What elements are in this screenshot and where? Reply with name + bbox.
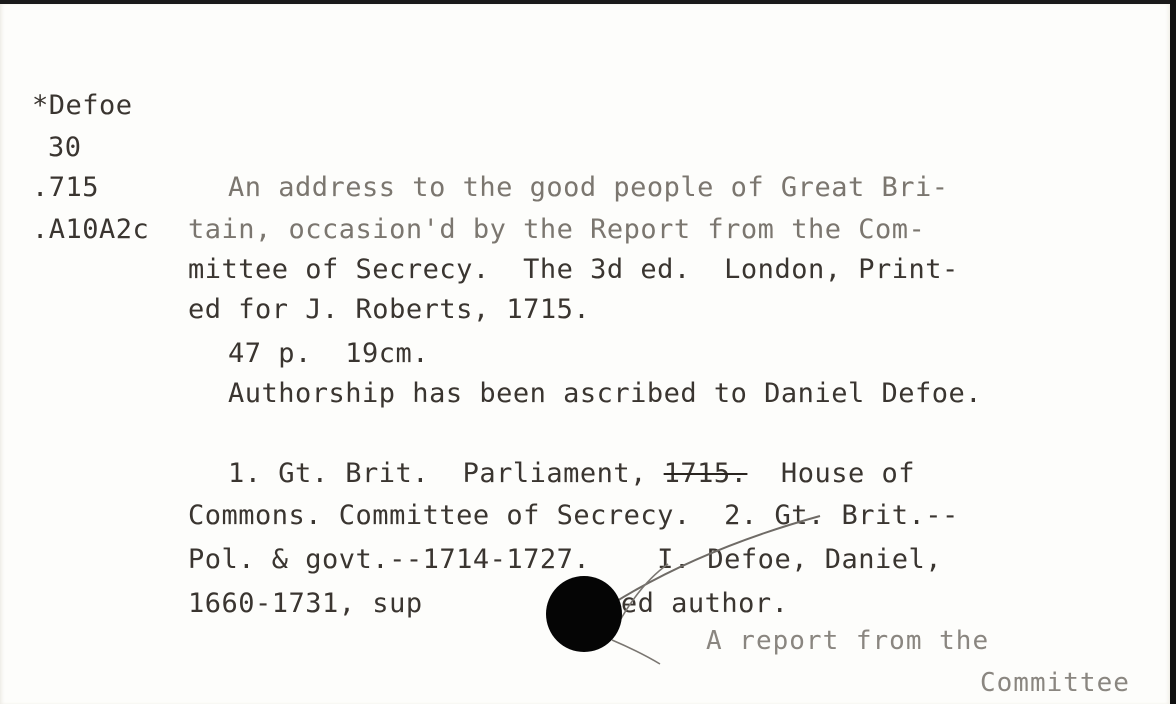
catalog-card: *Defoe 30 .715 .A10A2c An address to the…: [0, 4, 1170, 704]
call-number-line-1: *Defoe: [32, 92, 133, 119]
title-line-2: tain, occasion'd by the Report from the …: [188, 216, 925, 243]
call-number-line-2: 30: [48, 134, 82, 161]
tracing-4-start: 1660-1731, sup: [188, 588, 423, 619]
tracing-line-4: 1660-1731, supposed author.: [188, 590, 788, 617]
call-number-line-3: .715: [32, 174, 99, 201]
card-edge-shadow: [1170, 0, 1176, 704]
punch-hole: [546, 576, 622, 652]
tracing-line-3: Pol. & govt.--1714-1727. I. Defoe, Danie…: [188, 546, 942, 573]
collation: 47 p. 19cm.: [228, 340, 429, 367]
title-line-1: An address to the good people of Great B…: [228, 174, 948, 201]
tracing-line-2: Commons. Committee of Secrecy. 2. Gt. Br…: [188, 502, 959, 529]
tracing-line-1: 1. Gt. Brit. Parliament, 1715. House of: [228, 460, 915, 487]
tracing-1-text: 1. Gt. Brit. Parliament,: [228, 458, 664, 489]
title-line-3: mittee of Secrecy. The 3d ed. London, Pr…: [188, 256, 959, 283]
pencil-note-line-2: Committee: [980, 670, 1130, 696]
authorship-note: Authorship has been ascribed to Daniel D…: [228, 380, 982, 407]
pencil-note-line-1: A report from the: [706, 628, 989, 654]
tracing-1-cont: House of: [747, 458, 915, 489]
call-number-line-4: .A10A2c: [32, 216, 149, 243]
struck-date: 1715.: [664, 458, 748, 489]
title-line-4: ed for J. Roberts, 1715.: [188, 296, 590, 323]
